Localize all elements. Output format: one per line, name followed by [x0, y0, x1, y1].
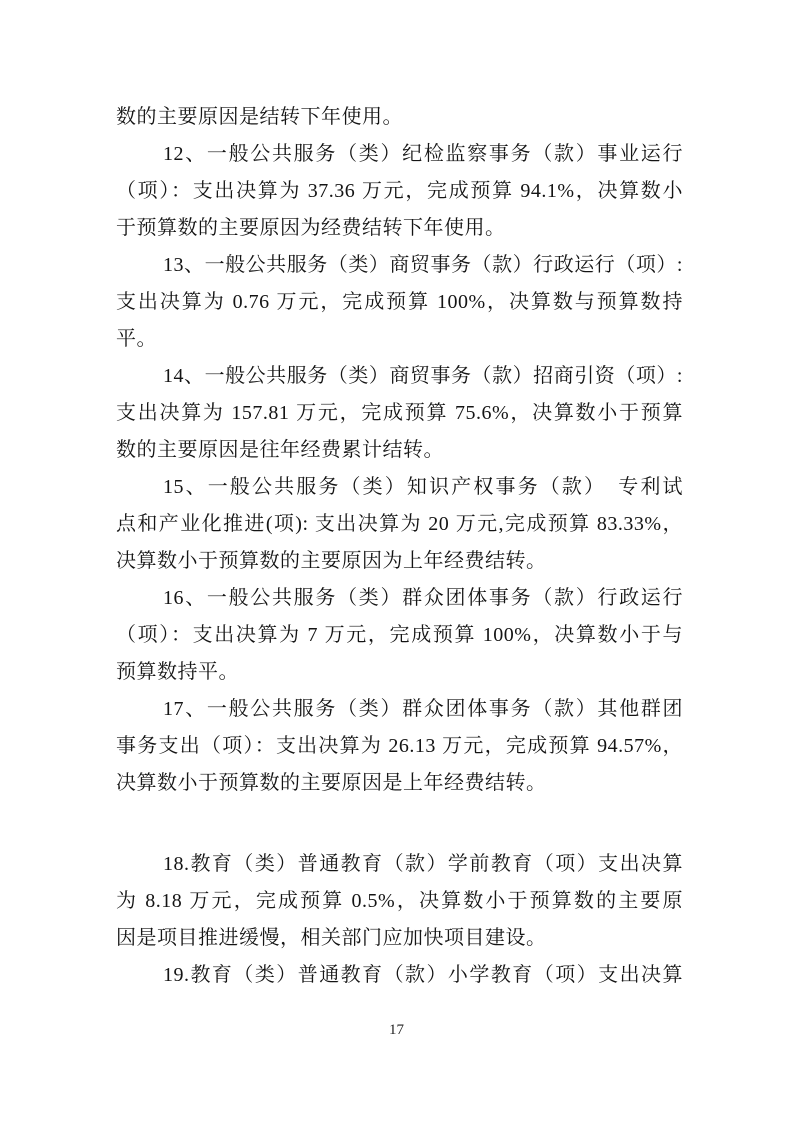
text-line: 17、一般公共服务（类）群众团体事务（款）其他群团: [116, 691, 683, 728]
text-line: 支出决算为 157.81 万元，完成预算 75.6%，决算数小于预算: [116, 395, 683, 432]
text-line: 数的主要原因是往年经费累计结转。: [116, 432, 683, 469]
text-line: 事务支出（项）：支出决算为 26.13 万元，完成预算 94.57%，: [116, 728, 683, 765]
text-line: （项）：支出决算为 7 万元，完成预算 100%，决算数小于与: [116, 617, 683, 654]
document-page: 数的主要原因是结转下年使用。12、一般公共服务（类）纪检监察事务（款）事业运行（…: [0, 0, 793, 1122]
paragraph-19: 19.教育（类）普通教育（款）小学教育（项）支出决算: [116, 957, 683, 994]
text-line: 预算数持平。: [116, 654, 683, 691]
paragraph-16: 16、一般公共服务（类）群众团体事务（款）行政运行（项）：支出决算为 7 万元，…: [116, 580, 683, 691]
text-line: 平。: [116, 321, 683, 358]
text-line: 13、一般公共服务（类）商贸事务（款）行政运行（项）:: [116, 247, 683, 284]
paragraph-15: 15、一般公共服务（类）知识产权事务（款） 专利试点和产业化推进(项): 支出决…: [116, 469, 683, 580]
text-line: 因是项目推进缓慢，相关部门应加快项目建设。: [116, 920, 683, 957]
paragraph-17: 17、一般公共服务（类）群众团体事务（款）其他群团事务支出（项）：支出决算为 2…: [116, 691, 683, 802]
text-line: 19.教育（类）普通教育（款）小学教育（项）支出决算: [116, 957, 683, 994]
text-line: （项）：支出决算为 37.36 万元，完成预算 94.1%，决算数小: [116, 173, 683, 210]
text-line: 决算数小于预算数的主要原因为上年经费结转。: [116, 543, 683, 580]
paragraph-12: 12、一般公共服务（类）纪检监察事务（款）事业运行（项）：支出决算为 37.36…: [116, 136, 683, 247]
document-body: 数的主要原因是结转下年使用。12、一般公共服务（类）纪检监察事务（款）事业运行（…: [116, 99, 683, 994]
paragraph-break: [116, 802, 683, 846]
text-line: 点和产业化推进(项): 支出决算为 20 万元,完成预算 83.33%，: [116, 506, 683, 543]
paragraph-14: 14、一般公共服务（类）商贸事务（款）招商引资（项）:支出决算为 157.81 …: [116, 358, 683, 469]
paragraph-18: 18.教育（类）普通教育（款）学前教育（项）支出决算为 8.18 万元，完成预算…: [116, 846, 683, 957]
text-line: 为 8.18 万元，完成预算 0.5%，决算数小于预算数的主要原: [116, 883, 683, 920]
text-line: 16、一般公共服务（类）群众团体事务（款）行政运行: [116, 580, 683, 617]
page-number: 17: [389, 1022, 404, 1038]
page-footer: 17: [0, 1020, 793, 1040]
text-line: 于预算数的主要原因为经费结转下年使用。: [116, 210, 683, 247]
paragraph-13: 13、一般公共服务（类）商贸事务（款）行政运行（项）:支出决算为 0.76 万元…: [116, 247, 683, 358]
paragraph-continuation: 数的主要原因是结转下年使用。: [116, 99, 683, 136]
text-line: 14、一般公共服务（类）商贸事务（款）招商引资（项）:: [116, 358, 683, 395]
text-line: 决算数小于预算数的主要原因是上年经费结转。: [116, 765, 683, 802]
text-line: 数的主要原因是结转下年使用。: [116, 99, 683, 136]
text-line: 18.教育（类）普通教育（款）学前教育（项）支出决算: [116, 846, 683, 883]
text-line: 15、一般公共服务（类）知识产权事务（款） 专利试: [116, 469, 683, 506]
text-line: 12、一般公共服务（类）纪检监察事务（款）事业运行: [116, 136, 683, 173]
text-line: 支出决算为 0.76 万元，完成预算 100%，决算数与预算数持: [116, 284, 683, 321]
